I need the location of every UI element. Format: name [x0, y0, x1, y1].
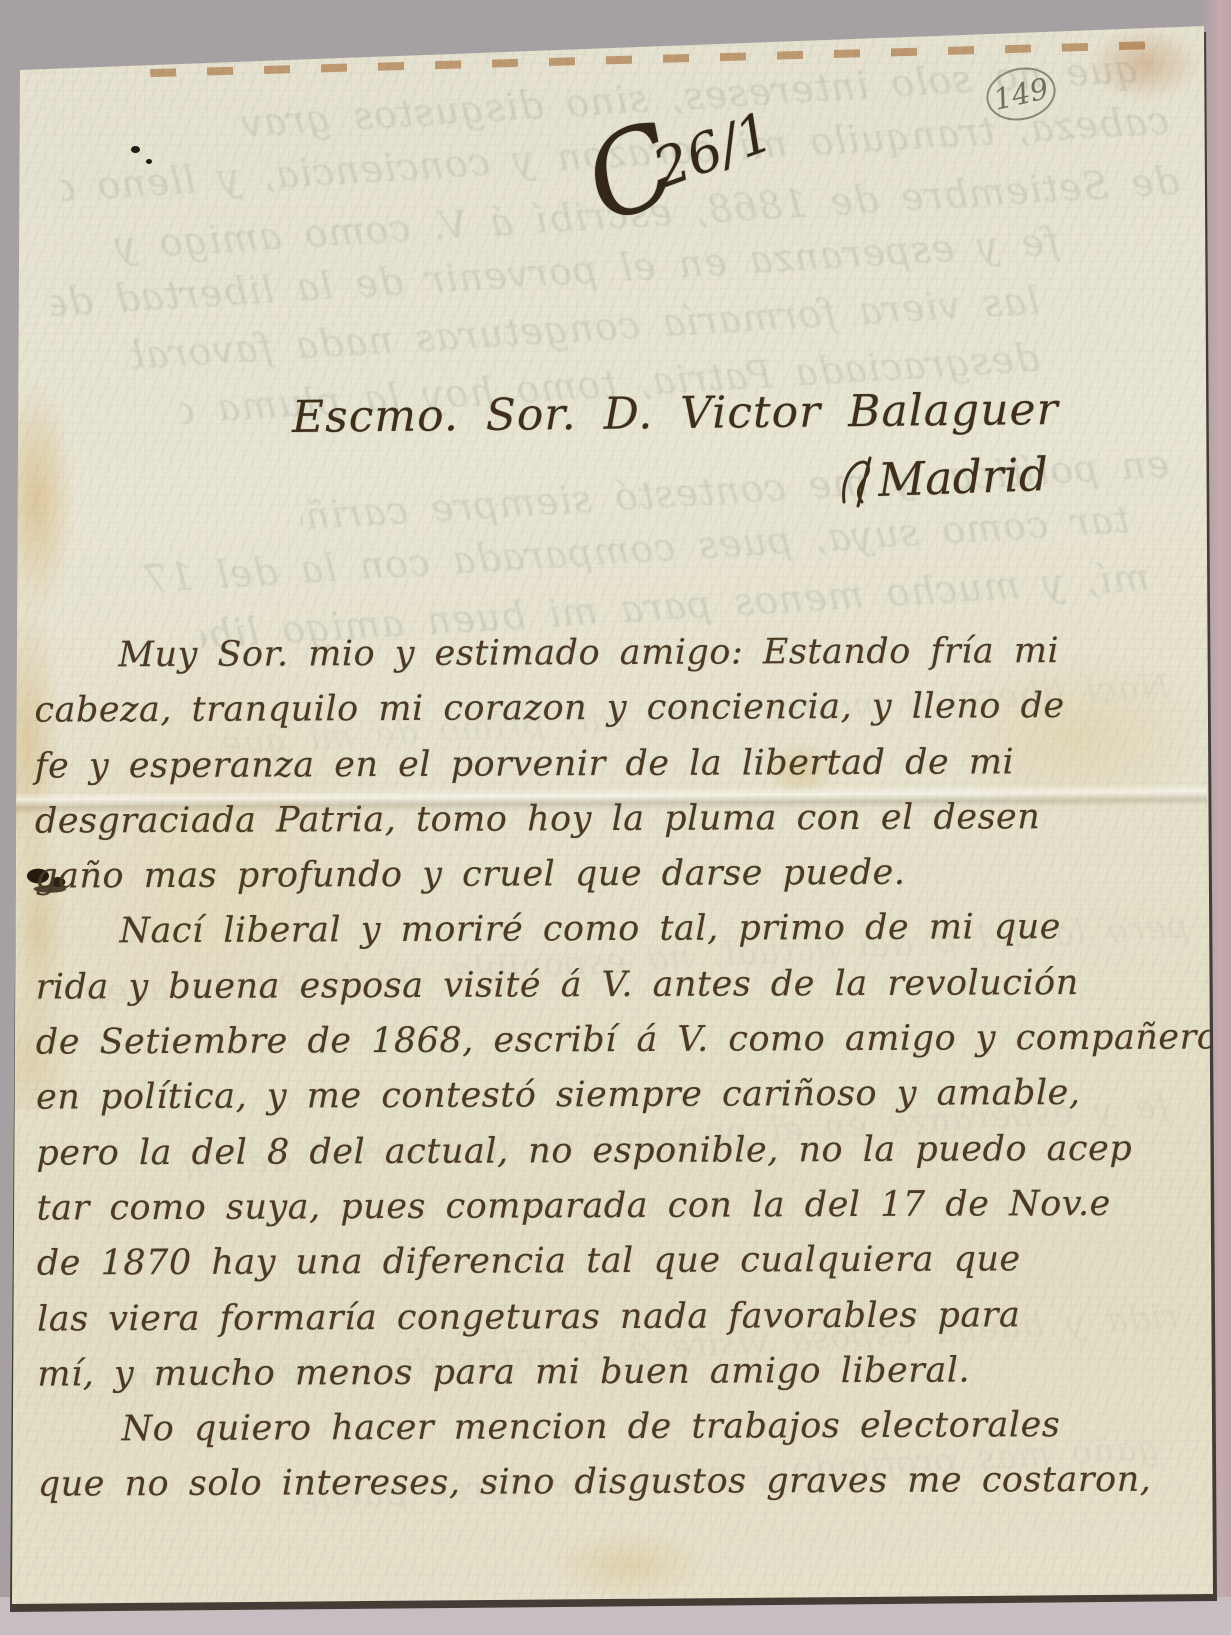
- letter-line: de Setiembre de 1868, escribí á V. como …: [36, 1011, 1216, 1071]
- letter-line: desgraciada Patria, tomo hoy la pluma co…: [35, 789, 1215, 849]
- letter-line: cabeza, tranquilo mi corazon y concienci…: [34, 679, 1214, 739]
- letter-line: las viera formaría congeturas nada favor…: [37, 1287, 1217, 1347]
- letter-line: tar como suya, pues comparada con la del…: [36, 1176, 1216, 1236]
- letter-line: Muy Sor. mio y estimado amigo: Estando f…: [34, 623, 1214, 683]
- letter-line: No quiero hacer mencion de trabajos elec…: [37, 1398, 1217, 1458]
- stain: [550, 1530, 710, 1600]
- ink-dot: [146, 159, 152, 164]
- classification-mark: C26/1: [583, 103, 781, 234]
- letter-page: que no solo intereses, sino disgustos gr…: [0, 0, 1231, 1635]
- letter-line: que no solo intereses, sino disgustos gr…: [38, 1453, 1218, 1513]
- letter-line: gaño mas profundo y cruel que darse pued…: [35, 845, 1215, 905]
- destination-line: Madrid: [877, 447, 1049, 507]
- ink-dot: [131, 146, 140, 153]
- letter-line: rida y buena esposa visité á V. antes de…: [36, 955, 1216, 1015]
- letter-line: Nací liberal y moriré como tal, primo de…: [35, 900, 1215, 960]
- letter-line: pero la del 8 del actual, no esponible, …: [36, 1121, 1216, 1181]
- letter-body: Muy Sor. mio y estimado amigo: Estando f…: [34, 623, 1218, 1513]
- letter-line: en política, y me contestó siempre cariñ…: [36, 1066, 1216, 1126]
- letter-line: fe y esperanza en el porvenir de la libe…: [35, 734, 1215, 794]
- letter-line: mí, y mucho menos para mi buen amigo lib…: [37, 1342, 1217, 1402]
- recipient-line: Escmo. Sor. D. Victor Balaguer: [292, 384, 1059, 443]
- classification-number: 26/1: [645, 100, 780, 201]
- folio-number: 149: [990, 71, 1052, 117]
- letter-line: de 1870 hay una diferencia tal que cualq…: [37, 1232, 1217, 1292]
